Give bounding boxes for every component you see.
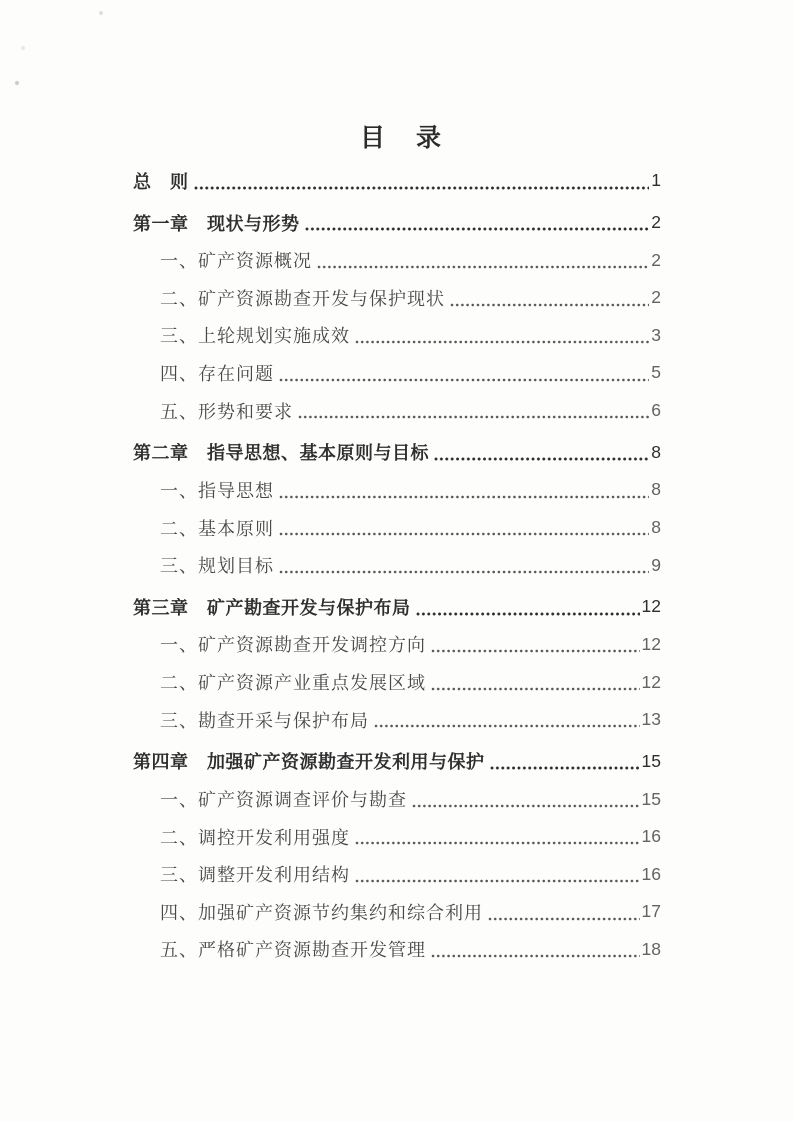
toc-entry: 二、矿产资源勘查开发与保护现状 2 [133,279,661,317]
toc-entry-page-number: 8 [651,442,661,463]
toc-entry: 五、严格矿产资源勘查开发管理 18 [133,931,661,969]
toc-entry: 一、指导思想 8 [133,471,661,509]
dot-leader [194,186,650,190]
toc-entry-page-number: 1 [651,170,661,191]
toc-entry: 四、加强矿产资源节约集约和综合利用 17 [133,893,661,931]
toc-entry-label: 三、调整开发利用结构 [160,861,350,887]
toc-entry-label: 一、矿产资源调查评价与勘查 [160,786,407,812]
toc-entry-label: 二、调控开发利用强度 [160,824,350,850]
dot-leader [416,612,640,616]
toc-entry-label: 三、规划目标 [160,552,274,578]
toc-entry: 一、矿产资源勘查开发调控方向 12 [133,626,661,664]
toc-entry-page-number: 17 [642,901,661,922]
toc-entry: 总 则 1 [133,162,661,200]
toc-entry-label: 五、形势和要求 [160,398,293,424]
toc-entry-page-number: 2 [651,212,661,233]
toc-entry-label: 一、矿产资源概况 [160,247,312,273]
toc-entry: 三、勘查开采与保护布局 13 [133,701,661,739]
toc-entry-page-number: 12 [642,672,661,693]
toc-entry: 第三章 矿产勘查开发与保护布局 12 [133,588,661,626]
toc-list: 总 则 1 第一章 现状与形势 2 一、矿产资源概况 2 二、矿产资源勘查开发与… [133,162,661,968]
toc-entry-label: 第三章 矿产勘查开发与保护布局 [133,594,411,620]
toc-entry-page-number: 15 [642,789,661,810]
dot-leader [298,415,649,419]
dot-leader [355,841,640,845]
toc-entry-page-number: 8 [651,479,661,500]
toc-entry-label: 第四章 加强矿产资源勘查开发利用与保护 [133,748,485,774]
toc-entry: 一、矿产资源概况 2 [133,241,661,279]
toc-entry: 第四章 加强矿产资源勘查开发利用与保护 15 [133,743,661,781]
toc-entry-label: 三、勘查开采与保护布局 [160,707,369,733]
dot-leader [279,378,649,382]
toc-entry: 五、形势和要求 6 [133,392,661,430]
toc-entry-label: 第一章 现状与形势 [133,210,300,236]
dot-leader [279,570,649,574]
dot-leader [431,687,640,691]
toc-entry-page-number: 12 [642,596,661,617]
toc-entry-page-number: 16 [642,864,661,885]
dot-leader [355,340,649,344]
toc-entry: 三、调整开发利用结构 16 [133,855,661,893]
toc-entry-page-number: 13 [642,709,661,730]
toc-entry-page-number: 16 [642,826,661,847]
dot-leader [305,227,650,231]
toc-entry: 三、规划目标 9 [133,546,661,584]
toc-entry-label: 第二章 指导思想、基本原则与目标 [133,439,429,465]
toc-entry-label: 三、上轮规划实施成效 [160,322,350,348]
dot-leader [450,303,649,307]
toc-entry-label: 二、矿产资源勘查开发与保护现状 [160,285,445,311]
dot-leader [490,766,640,770]
toc-entry-page-number: 15 [642,751,661,772]
dot-leader [279,495,649,499]
dot-leader [488,917,640,921]
toc-entry-label: 总 则 [133,168,189,194]
toc-entry-page-number: 8 [651,517,661,538]
toc-entry-page-number: 9 [651,555,661,576]
toc-entry-label: 二、矿产资源产业重点发展区域 [160,669,426,695]
dot-leader [431,954,640,958]
toc-title: 目 录 [133,118,661,154]
toc-entry: 第二章 指导思想、基本原则与目标 8 [133,434,661,472]
toc-entry-label: 二、基本原则 [160,515,274,541]
toc-entry: 二、矿产资源产业重点发展区域 12 [133,663,661,701]
dot-leader [317,265,649,269]
toc-entry-page-number: 2 [651,250,661,271]
toc-entry-page-number: 12 [642,634,661,655]
toc-entry-label: 一、矿产资源勘查开发调控方向 [160,631,426,657]
toc-entry: 二、调控开发利用强度 16 [133,818,661,856]
toc-entry-page-number: 3 [651,325,661,346]
toc-entry-label: 四、存在问题 [160,360,274,386]
toc-entry-page-number: 2 [651,287,661,308]
toc-entry: 一、矿产资源调查评价与勘查 15 [133,780,661,818]
toc-entry: 二、基本原则 8 [133,509,661,547]
toc-entry: 四、存在问题 5 [133,354,661,392]
toc-entry-label: 四、加强矿产资源节约集约和综合利用 [160,899,483,925]
scanned-document-page: 目 录 总 则 1 第一章 现状与形势 2 一、矿产资源概况 2 二、矿产资源勘… [0,0,793,1122]
toc-entry-label: 五、严格矿产资源勘查开发管理 [160,936,426,962]
toc-entry: 三、上轮规划实施成效 3 [133,317,661,355]
dot-leader [412,804,640,808]
toc-entry-page-number: 5 [651,362,661,383]
toc-entry-page-number: 18 [642,939,661,960]
dot-leader [374,724,640,728]
toc-entry: 第一章 现状与形势 2 [133,204,661,242]
dot-leader [279,532,649,536]
dot-leader [355,879,640,883]
toc-entry-page-number: 6 [651,400,661,421]
dot-leader [434,457,649,461]
dot-leader [431,649,640,653]
toc-entry-label: 一、指导思想 [160,477,274,503]
